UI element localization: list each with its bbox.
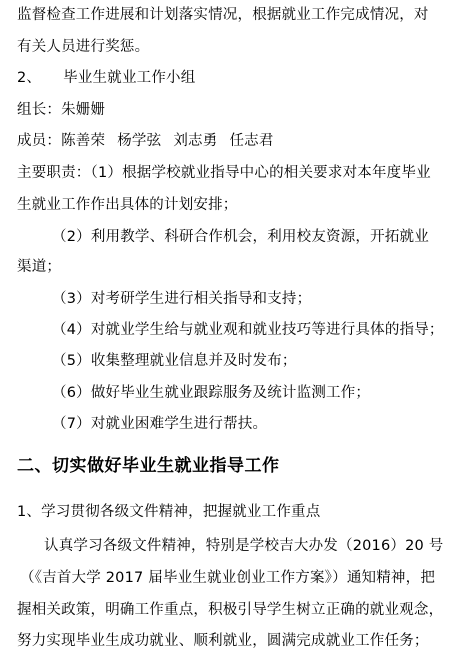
section-heading: 二、切实做好毕业生就业指导工作 <box>17 457 280 475</box>
member-name: 陈善荣 <box>61 133 105 149</box>
duty-item: （7）对就业困难学生进行帮扶。 <box>52 415 267 433</box>
duties-label: 主要职责： <box>17 165 91 181</box>
subsection-title: 1、学习贯彻各级文件精神，把握就业工作重点 <box>17 503 320 521</box>
leader-line: 组长：朱姗姗 <box>17 101 105 119</box>
member-name: 杨学弦 <box>117 133 161 149</box>
duty-item-continued: 生就业工作作出具体的计划安排； <box>17 196 238 214</box>
duty-item: （1）根据学校就业指导中心的相关要求对本年度毕业 <box>91 165 431 181</box>
duty-item: （3）对考研学生进行相关指导和支持； <box>52 290 311 308</box>
members-label: 成员： <box>17 133 61 149</box>
duties-line: 主要职责：（1）根据学校就业指导中心的相关要求对本年度毕业 <box>17 164 431 182</box>
duty-item: （6）做好毕业生就业跟踪服务及统计监测工作； <box>52 384 370 402</box>
leader-label: 组长： <box>17 102 61 118</box>
paragraph-line: 有关人员进行奖惩。 <box>17 38 149 56</box>
paragraph-line: 握相关政策，明确工作重点，积极引导学生树立正确的就业观念， <box>17 601 443 619</box>
leader-name: 朱姗姗 <box>61 102 105 118</box>
paragraph-line: 监督检查工作进展和计划落实情况，根据就业工作完成情况，对 <box>17 6 429 24</box>
group-number: 2、 <box>17 70 41 86</box>
paragraph-line: （《吉首大学 2017 届毕业生就业创业工作方案》）通知精神，把 <box>20 569 435 587</box>
paragraph-line: 努力实现毕业生成功就业、顺利就业，圆满完成就业工作任务； <box>17 632 429 650</box>
duty-item: （2）利用教学、科研合作机会，利用校友资源，开拓就业 <box>52 228 429 246</box>
duty-item-continued: 渠道； <box>17 258 61 276</box>
members-line: 成员：陈善荣杨学弦刘志勇任志君 <box>17 132 274 150</box>
member-name: 任志君 <box>229 133 273 149</box>
member-name: 刘志勇 <box>173 133 217 149</box>
group-title-text: 毕业生就业工作小组 <box>63 70 195 86</box>
group-title: 2、毕业生就业工作小组 <box>17 69 195 87</box>
duty-item: （4）对就业学生给与就业观和就业技巧等进行具体的指导； <box>52 321 444 339</box>
duty-item: （5）收集整理就业信息并及时发布； <box>52 352 297 370</box>
paragraph-line: 认真学习各级文件精神，特别是学校吉大办发（2016）20 号 <box>44 537 443 555</box>
